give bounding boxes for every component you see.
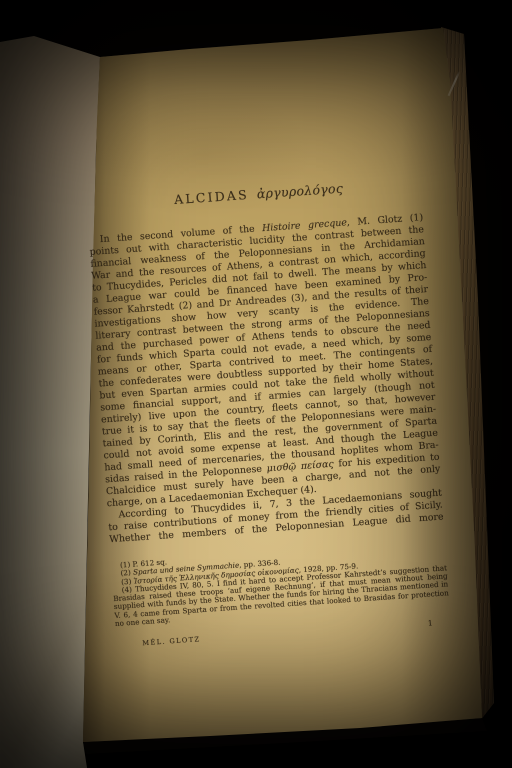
footnotes: (1) P. 612 sq.(2) Sparta und seine Symma… — [111, 539, 450, 628]
paragraph-1: In the second volume of the Histoire gre… — [89, 212, 442, 510]
book-photograph: ALCIDAS ἀργυρολόγος In the second volume… — [0, 0, 512, 768]
page-number: 1 — [428, 618, 451, 629]
printed-text-block: ALCIDAS ἀργυρολόγος In the second volume… — [86, 175, 451, 649]
